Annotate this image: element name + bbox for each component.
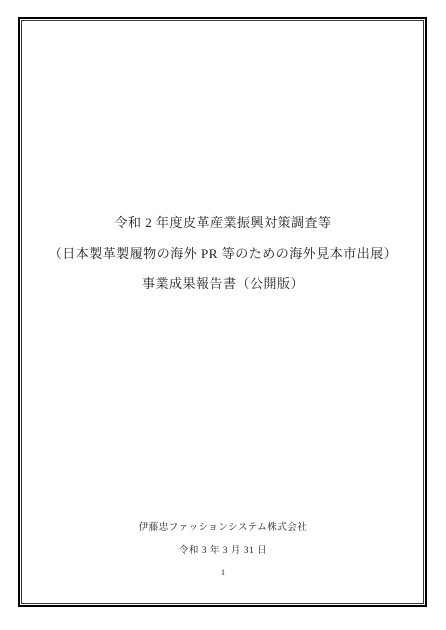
- cover-border-frame-inner: [21, 20, 424, 604]
- cover-title-line-3: 事業成果報告書（公開版）: [0, 269, 446, 300]
- document-cover-page: 令和 2 年度皮革産業振興対策調査等 （日本製革製履物の海外 PR 等のための海…: [0, 0, 446, 630]
- publication-date: 令和 3 年 3 月 31 日: [0, 542, 446, 556]
- company-name: 伊藤忠ファッションシステム株式会社: [0, 519, 446, 533]
- cover-title-line-1: 令和 2 年度皮革産業振興対策調査等: [0, 208, 446, 239]
- page-number: 1: [0, 567, 446, 577]
- cover-title-line-2: （日本製革製履物の海外 PR 等のための海外見本市出展）: [0, 239, 446, 270]
- cover-title-block: 令和 2 年度皮革産業振興対策調査等 （日本製革製履物の海外 PR 等のための海…: [0, 208, 446, 300]
